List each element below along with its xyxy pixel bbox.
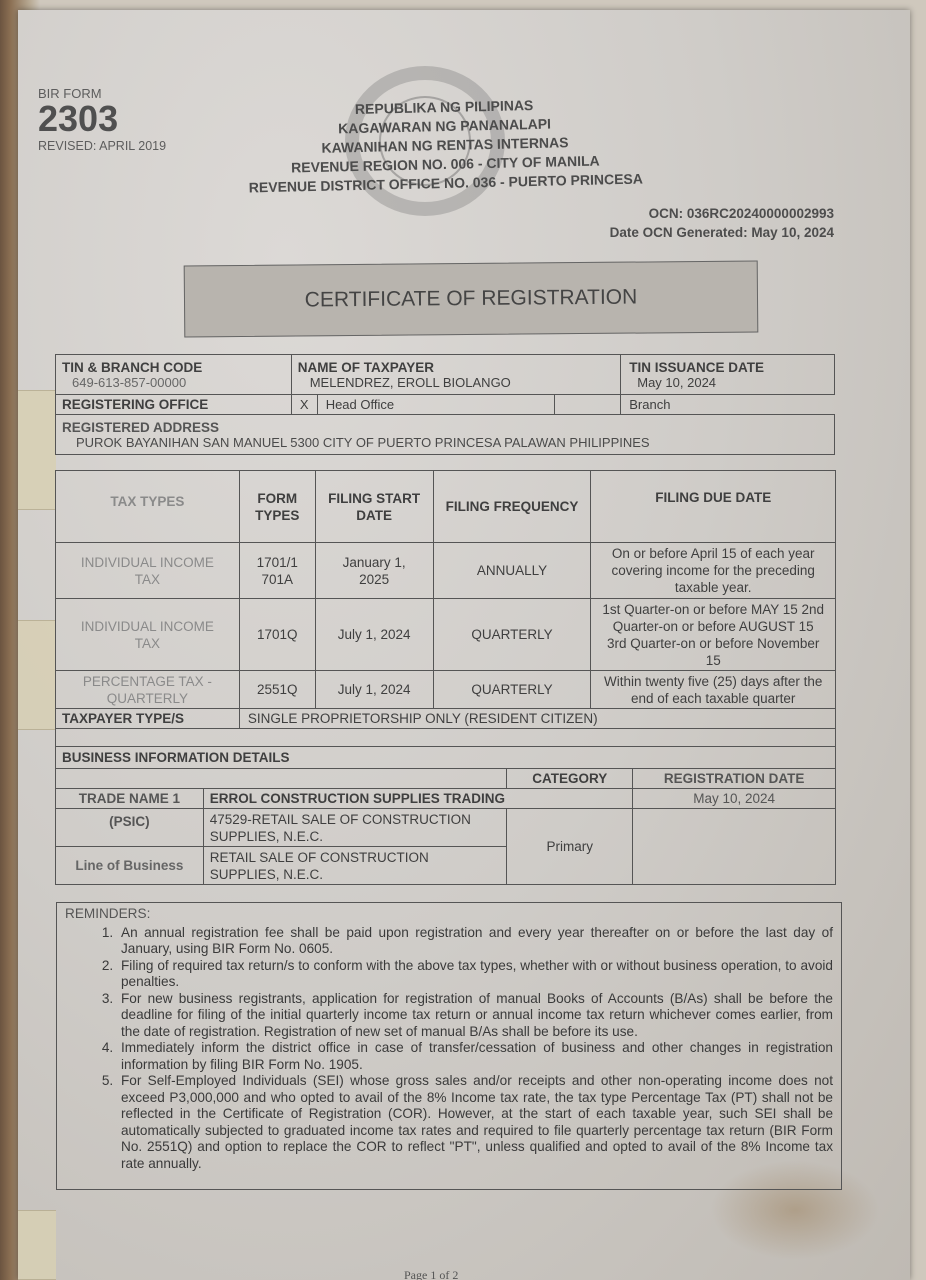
tax-type: INDIVIDUAL INCOME TAX — [56, 543, 240, 599]
line-of-business-label: Line of Business — [56, 847, 204, 885]
col-filing-start: FILING START DATE — [315, 471, 433, 543]
psic-value: 47529-RETAIL SALE OF CONSTRUCTION SUPPLI… — [203, 809, 507, 847]
due-date: Within twenty five (25) days after the e… — [591, 671, 836, 709]
frequency: QUARTERLY — [433, 671, 591, 709]
tax-table-header: TAX TYPES FORM TYPES FILING START DATE F… — [56, 471, 836, 543]
business-section-label: BUSINESS INFORMATION DETAILS — [56, 747, 836, 769]
issuance-label: TIN ISSUANCE DATE — [629, 360, 834, 375]
blank-cell — [56, 769, 507, 789]
reminders-list: An annual registration fee shall be paid… — [65, 925, 833, 1173]
col-filing-frequency: FILING FREQUENCY — [433, 471, 591, 543]
issuance-date: May 10, 2024 — [629, 375, 834, 390]
agency-header: REPUBLIKA NG PILIPINAS KAGAWARAN NG PANA… — [229, 93, 661, 198]
table-row: PERCENTAGE TAX - QUARTERLY 2551Q July 1,… — [56, 671, 836, 709]
reminders-box: REMINDERS: An annual registration fee sh… — [56, 902, 842, 1190]
spacer-row — [56, 729, 836, 747]
blank-cell — [633, 809, 836, 885]
psic-label: (PSIC) — [56, 809, 204, 847]
ocn-number: OCN: 036RC20240000002993 — [610, 204, 834, 223]
tax-type: PERCENTAGE TAX - QUARTERLY — [56, 671, 240, 709]
tape-strip — [18, 390, 56, 510]
head-office-checkbox: X — [291, 395, 317, 415]
taxpayer-type-label: TAXPAYER TYPE/S — [56, 709, 240, 729]
reminder-item: For new business registrants, applicatio… — [117, 991, 833, 1041]
reminder-item: An annual registration fee shall be paid… — [117, 925, 833, 958]
form-number: 2303 — [38, 101, 166, 137]
trade-name-value: ERROL CONSTRUCTION SUPPLIES TRADING — [203, 789, 632, 809]
tin-label: TIN & BRANCH CODE — [62, 360, 291, 375]
form-type: 1701Q — [239, 599, 315, 671]
head-office-label: Head Office — [317, 395, 555, 415]
col-tax-types: TAX TYPES — [56, 471, 240, 543]
ocn-block: OCN: 036RC20240000002993 Date OCN Genera… — [610, 204, 834, 242]
form-type: 1701/1701A — [239, 543, 315, 599]
reminder-item: For Self-Employed Individuals (SEI) whos… — [117, 1073, 833, 1172]
business-info-table: BUSINESS INFORMATION DETAILS CATEGORY RE… — [55, 746, 836, 885]
category-header: CATEGORY — [507, 769, 633, 789]
form-type: 2551Q — [239, 671, 315, 709]
form-identifier: BIR FORM 2303 REVISED: APRIL 2019 — [38, 86, 166, 153]
start-date: July 1, 2024 — [315, 599, 433, 671]
frequency: ANNUALLY — [433, 543, 591, 599]
start-date: January 1, 2025 — [315, 543, 433, 599]
tape-strip — [18, 1210, 56, 1280]
taxpayer-type-value: SINGLE PROPRIETORSHIP ONLY (RESIDENT CIT… — [239, 709, 835, 729]
reminder-item: Immediately inform the district office i… — [117, 1040, 833, 1073]
ocn-date: Date OCN Generated: May 10, 2024 — [610, 223, 834, 242]
reminder-item: Filing of required tax return/s to confo… — [117, 958, 833, 991]
col-form-types: FORM TYPES — [239, 471, 315, 543]
reminders-heading: REMINDERS: — [65, 906, 833, 923]
registration-date-header: REGISTRATION DATE — [633, 769, 836, 789]
tax-types-table: TAX TYPES FORM TYPES FILING START DATE F… — [55, 470, 836, 747]
registered-address: PUROK BAYANIHAN SAN MANUEL 5300 CITY OF … — [62, 435, 834, 450]
tax-type: INDIVIDUAL INCOME TAX — [56, 599, 240, 671]
branch-label: Branch — [621, 395, 835, 415]
taxpayer-type-row: TAXPAYER TYPE/S SINGLE PROPRIETORSHIP ON… — [56, 709, 836, 729]
due-date: 1st Quarter-on or before MAY 15 2nd Quar… — [591, 599, 836, 671]
address-label: REGISTERED ADDRESS — [62, 420, 834, 435]
taxpayer-info-table: TIN & BRANCH CODE 649-613-857-00000 NAME… — [55, 354, 835, 455]
name-label: NAME OF TAXPAYER — [298, 360, 621, 375]
document-title: CERTIFICATE OF REGISTRATION — [184, 260, 759, 337]
tin-value: 649-613-857-00000 — [62, 375, 291, 390]
registration-date-value: May 10, 2024 — [633, 789, 836, 809]
line-of-business-value: RETAIL SALE OF CONSTRUCTION SUPPLIES, N.… — [203, 847, 507, 885]
col-filing-due: FILING DUE DATE — [591, 471, 836, 543]
trade-name-label: TRADE NAME 1 — [56, 789, 204, 809]
frequency: QUARTERLY — [433, 599, 591, 671]
form-revision: REVISED: APRIL 2019 — [38, 139, 166, 153]
branch-checkbox — [555, 395, 621, 415]
table-row: INDIVIDUAL INCOME TAX 1701/1701A January… — [56, 543, 836, 599]
tape-strip — [18, 620, 56, 730]
taxpayer-name: MELENDREZ, EROLL BIOLANGO — [298, 375, 621, 390]
category-value: Primary — [507, 809, 633, 885]
page-number: Page 1 of 2 — [404, 1268, 458, 1280]
due-date: On or before April 15 of each year cover… — [591, 543, 836, 599]
table-row: INDIVIDUAL INCOME TAX 1701Q July 1, 2024… — [56, 599, 836, 671]
registering-office-label: REGISTERING OFFICE — [56, 395, 292, 415]
start-date: July 1, 2024 — [315, 671, 433, 709]
